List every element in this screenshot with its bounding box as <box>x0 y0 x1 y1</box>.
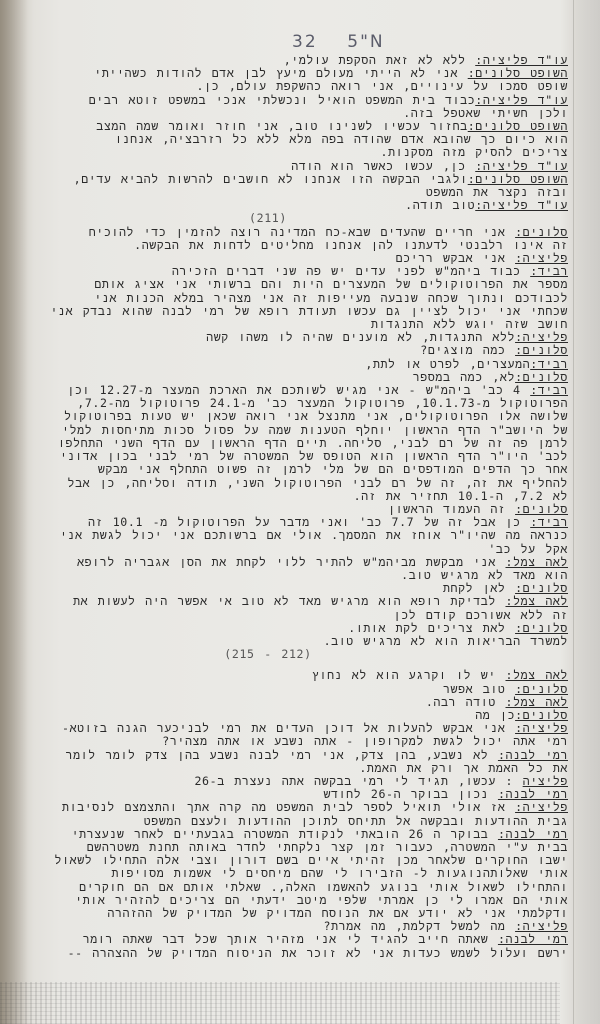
line-text: כמה מוצגים? <box>420 343 515 357</box>
line-text: 4 כב' ביהמ"ש - אני מגיש לשותכם את הארכת … <box>67 383 530 397</box>
line-text: הוא כיום כך שהובא אדם שהודה בפה מלא ללא … <box>115 132 568 146</box>
speaker-label: סלונים: <box>515 225 568 239</box>
page-number: 32 5"N <box>292 32 385 52</box>
speaker-label: סלונים: <box>515 581 568 595</box>
line-text: לאן לקחת <box>443 581 515 595</box>
line-text: כנראה מה שהיו"ר אוחז את המסמך. אולי אם ב… <box>60 528 568 542</box>
speaker-label: רמי לבנה: <box>498 827 568 841</box>
section-marker: (212 - 215) <box>28 648 568 661</box>
line-text: טוב אפשר <box>443 682 515 696</box>
line-text: מספר את הפרוטוקולים של המעצרים היות והם … <box>94 277 568 291</box>
speaker-label: רמי לבנה: <box>498 932 568 946</box>
line-text: ירשם ועלול לשמש כעדות אני לא זוכר את הני… <box>68 946 568 960</box>
print-smudge <box>0 982 560 1024</box>
line-text: להחליף את זה, זה של רם לבני הפרוטוקול הש… <box>68 476 568 490</box>
line-text: זה אינו רלבנטי לדעתנו להן אנחנו מחליטים … <box>134 238 568 252</box>
line-text: הוא מאד לא מרגיש טוב. <box>401 568 568 582</box>
line-text: זה ללא אשורכם קודם לכן <box>394 608 568 622</box>
line-text: כבוד בית המשפט הואיל ונכשלתי אנכי במשפט … <box>89 93 476 107</box>
line-text: שכחתי אני יכול לציין גם עכשו תעודת רופא … <box>50 304 568 318</box>
line-text: ללא לא זאת הסקפת עולמי, <box>284 53 476 67</box>
speaker-label: רביד: <box>530 383 568 397</box>
line-text: אחר כך הדפים המודפסים הם של מלי לרמן זה … <box>98 462 568 476</box>
line-text: אותי שאלותהנוגעות ל- הזבירו לי שהם מיחסי… <box>111 866 568 880</box>
speaker-label: סלונים: <box>515 343 568 357</box>
line-text: כן, עכשו כאשר הוא הודה <box>291 159 475 173</box>
speaker-label: פליציה: <box>515 721 568 735</box>
page-edge-right <box>573 0 600 1024</box>
speaker-label: השופט סלונים: <box>468 119 568 133</box>
line-text: אקל על כב' <box>488 542 568 556</box>
line-text: חושב שזה יוגש ללא התנגדות <box>371 317 568 331</box>
speaker-label: לאה צמל: <box>505 594 568 608</box>
line-text: לאת צריכים לקת אותו. <box>348 621 515 635</box>
line-text: לרמן פה זה של רם לבני, סליחה. תיים הדף ה… <box>58 436 568 450</box>
line-text: טודה רבה. <box>426 695 506 709</box>
speaker-label: רביד: <box>530 515 568 529</box>
line-text: נכון בבוקר ה-26 לחודש <box>323 787 497 801</box>
speaker-label: עו"ד פליציה: <box>475 93 568 107</box>
line-text: כן אבל זה של 7.7 כב' ואני מדבר על הפרוטו… <box>88 515 530 529</box>
line-text: לכב' היו"ר הדף הראשון הוא הטופס של המשטר… <box>60 449 568 463</box>
page-shadow-left <box>0 0 28 1024</box>
line-text: צריכים להסיק מזה מסקנות. <box>381 145 568 159</box>
line-text: : עכשו, תגיד לי רמי בבקשה אתה נעצרת ב-26 <box>194 774 522 788</box>
line-text: והתחילו לשאול אותי בנוגע להאשמו האלה,. ש… <box>79 880 568 894</box>
speaker-label: לאה צמל: <box>505 555 568 569</box>
line-text: ודקלמתי אני לא יודע אם את הנוסח המדויק ש… <box>107 906 568 920</box>
scanned-document-page: 32 5"N עו"ד פליציה: ללא לא זאת הסקפת עול… <box>0 0 600 1024</box>
line-text: אותי הם אמרו לי כן אמרתי שלפי מיטב ידעתי… <box>75 893 568 907</box>
speaker-label: רמי לבנה: <box>498 787 568 801</box>
line-text: לבדיקת רופא הוא מרגיש מאד לא טוב אי אפשר… <box>73 594 505 608</box>
speaker-label: פליציה: <box>515 330 568 344</box>
line-text: יש לו וקרגע הוא לא נחוץ <box>312 668 506 682</box>
line-text: לא נשבע, בהן צדק, אני רמי לבנה נשבע בהן … <box>66 748 498 762</box>
speaker-label: עו"ד פליציה: <box>475 53 568 67</box>
line-text: בבית ע"י המשטרה, כעבור זמן קצר נלקחתי לח… <box>87 840 568 854</box>
speaker-label: רביד: <box>530 264 568 278</box>
line-text: את כל האמת אך ורק את האמת. <box>359 761 568 775</box>
line-text: גבית ההודעות ובבקשה אל תתיחס לתוכן ההודע… <box>144 814 568 828</box>
transcript-body: עו"ד פליציה: ללא לא זאת הסקפת עולמי,השופ… <box>28 54 568 960</box>
speaker-label: לאה צמל: <box>505 668 568 682</box>
line-text: שאתה חייב להגיד לי אני מזהיר אותך שכל דב… <box>83 932 498 946</box>
speaker-label: רביד: <box>530 357 568 371</box>
line-text: שלושה אלו הפרוטוקולים, אני מתנצל אני רוא… <box>64 409 568 423</box>
line-text: המעצרים, לפרט או לתת, <box>365 357 530 371</box>
line-text: ישבו החוקרים שלאחר מכן זהיתי איים בשם דו… <box>55 853 568 867</box>
speaker-label: לאה צמל: <box>505 695 568 709</box>
line-text: כבוד ביהמ"ש לפני עדים יש פה שני דברים הז… <box>172 264 530 278</box>
line-text: של היושב"ר הדף הראשון יוחלף הטענות שמה ע… <box>62 423 568 437</box>
speaker-label: סלונים: <box>515 502 568 516</box>
line-text: אני לא הייתי מעולם מיעץ לבן אדם להודות כ… <box>94 66 467 80</box>
speaker-label: סלונים: <box>515 682 568 696</box>
transcript-line: ירשם ועלול לשמש כעדות אני לא זוכר את הני… <box>28 947 568 960</box>
line-text: רמי אתה יכול לגשת למקרופון - אתה נשבע או… <box>162 734 568 748</box>
speaker-label: פליציה: <box>515 800 568 814</box>
line-text: למשרד הבריאות הוא לא מרגיש טוב. <box>324 634 568 648</box>
line-text: אז אולי תואיל לספר לבית המשפט מה קרה אתך… <box>62 800 515 814</box>
line-text: ולגבי הבקשה הזו אנחנו לא חושבים להרשות ל… <box>74 172 468 186</box>
transcript-line: כנראה מה שהיו"ר אוחז את המסמך. אולי אם ב… <box>28 529 568 542</box>
line-text: זה העמוד הראשון <box>388 502 515 516</box>
speaker-label: השופט סלונים: <box>468 172 568 186</box>
page-mark: 5"N <box>347 32 384 52</box>
speaker-label: רמי לבנה: <box>498 748 568 762</box>
speaker-label: פליציה: <box>515 919 568 933</box>
line-text: אני חריים שהעדים שבא-כח המדינה רוצה להזמ… <box>89 225 515 239</box>
speaker-label: סלונים: <box>515 621 568 635</box>
speaker-label: סלונים: <box>515 708 568 722</box>
line-text: בחזור עכשיו לשנינו טוב, אני חוזר ואומר ש… <box>96 119 467 133</box>
line-text: לא 7.2, ה-10.1 תחזיר את זה. <box>354 489 568 503</box>
line-text: טוב תודה. <box>405 198 475 212</box>
line-text: אני אבקש להעלות אל דוכן העדים את רמי לבנ… <box>62 721 515 735</box>
line-text: אני מבקשת מביהמ"ש להתיר ללוי לקחת את הסן… <box>77 555 505 569</box>
speaker-label: עו"ד פליציה: <box>475 198 568 212</box>
line-text: ולכן חשיתי שאטפל בזה. <box>403 106 568 120</box>
line-text: הפרוטוקול מ-10.1.73, פרוטוקול המעצר כב' … <box>77 396 568 410</box>
line-text: אני אבקש רריכם <box>396 251 515 265</box>
page-number-value: 32 <box>292 32 318 52</box>
speaker-label: סלונים: <box>515 370 568 384</box>
line-text: ללא התנגדות, לא מוענים שהיה לו משהו קשה <box>206 330 515 344</box>
line-text: כן מה <box>475 708 515 722</box>
speaker-label: פליציה: <box>515 251 568 265</box>
line-text: שופט סמכו על עינויים, אני רואה כהשקפת עו… <box>197 79 568 93</box>
line-text: לא, כמה במספר <box>413 370 515 384</box>
speaker-label: עו"ד פליציה: <box>475 159 568 173</box>
line-text: ובזה נקצר את המשפט <box>426 185 568 199</box>
line-text: בבוקר ה 26 הובאתי לנקודת המשטרה בגבעתיים… <box>72 827 498 841</box>
line-text: מה למשל דקלמת, מה אמרת? <box>324 919 516 933</box>
speaker-label: השופט סלונים: <box>468 66 568 80</box>
line-text: לכבודכם ונתוך שכחה שנבעה מעייפות זה אני … <box>94 291 568 305</box>
transcript-line: עו"ד פליציה:טוב תודה. <box>28 199 568 212</box>
speaker-label: פליציה <box>523 774 568 788</box>
